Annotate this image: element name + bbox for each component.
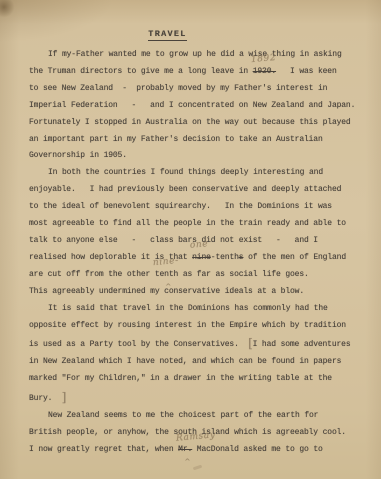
typed-line: in New Zealand which I have noted, and w… xyxy=(29,354,363,371)
pencil-annotation: nine- xyxy=(153,257,180,268)
page-title: TRAVEL xyxy=(148,29,186,41)
pencil-bracket: ] xyxy=(62,388,67,408)
typed-line: In both the countries I found things dee… xyxy=(29,165,363,182)
typed-line: Bury. ] xyxy=(29,388,363,408)
typed-line: is used as a Party tool by the Conservat… xyxy=(29,334,363,354)
typed-text: most agreeable to find all the people in… xyxy=(29,216,346,233)
struck-text: Mr.Ramsay^ xyxy=(178,442,192,459)
typed-text: as far as social life goes. xyxy=(178,267,309,284)
typed-text: Imperial Federation - and I concentrated… xyxy=(29,98,355,115)
typed-text: in New Zealand which I have noted, and w… xyxy=(29,354,341,371)
typed-line: most agreeable to find all the people in… xyxy=(29,216,363,233)
typed-line: to the ideal of benevolent squirearchy. … xyxy=(29,199,363,216)
typed-line: This agreeably undermined my conservativ… xyxy=(29,284,363,301)
pencil-annotation: one xyxy=(190,240,209,251)
paragraph: If my-Father wanted me to grow up he did… xyxy=(29,47,363,165)
struck-text: nineone xyxy=(192,250,211,267)
typescript-page: TRAVEL If my-Father wanted me to grow up… xyxy=(0,0,381,479)
typed-line: New Zealand seems to me the choicest par… xyxy=(29,408,363,425)
paragraph: New Zealand seems to me the choicest par… xyxy=(29,408,363,459)
typed-text: Governorship in 1905. xyxy=(29,148,127,165)
typed-text: This agreeably undermined my conservativ… xyxy=(29,284,304,301)
typed-text: Bury. xyxy=(29,391,62,408)
typed-text: talk to anyone else - class bars did not… xyxy=(29,233,318,250)
typed-text: Fortunately I stopped in Australia on th… xyxy=(29,115,351,132)
typed-text: tenthnine-^ xyxy=(155,267,178,284)
typed-text: are cut off from the other xyxy=(29,267,155,284)
typed-line: Fortunately I stopped in Australia on th… xyxy=(29,115,363,132)
typed-text: New Zealand seems to me the choicest par… xyxy=(48,408,318,425)
struck-text: 1920.1892 xyxy=(253,64,276,81)
typed-line: the Truman directors to give me a long l… xyxy=(29,64,363,81)
typed-text: opposite effect by rousing interest in t… xyxy=(29,318,346,335)
typed-line: I now greatly regret that, when Mr.Ramsa… xyxy=(29,442,363,459)
typed-text: I had some adventures xyxy=(253,337,351,354)
pencil-annotation: 1892 xyxy=(250,54,276,65)
document-text: If my-Father wanted me to grow up he did… xyxy=(29,47,363,459)
typed-text: to the ideal of benevolent squirearchy. … xyxy=(29,199,332,216)
typed-text: I now greatly regret that, when xyxy=(29,442,178,459)
typed-text: enjoyable. I had previously been conserv… xyxy=(29,182,341,199)
typed-line: enjoyable. I had previously been conserv… xyxy=(29,182,363,199)
typed-text: to see New Zealand - probably moved by m… xyxy=(29,81,327,98)
typed-line: an important part in my Father's decisio… xyxy=(29,132,363,149)
typed-line: Governorship in 1905. xyxy=(29,148,363,165)
typed-text: If my-Father wanted me to grow up he did… xyxy=(48,47,342,64)
typed-text: In both the countries I found things dee… xyxy=(48,165,323,182)
typed-line: Imperial Federation - and I concentrated… xyxy=(29,98,363,115)
typed-text: It is said that travel in the Dominions … xyxy=(48,301,328,318)
typed-text: of the men of England xyxy=(243,250,346,267)
typed-line: are cut off from the other tenthnine-^ a… xyxy=(29,267,363,284)
typed-text: marked "For my Children," in a drawer in… xyxy=(29,371,332,388)
typed-text: I was keen xyxy=(276,64,337,81)
typed-line: to see New Zealand - probably moved by m… xyxy=(29,81,363,98)
title-row: TRAVEL xyxy=(0,23,335,41)
typed-line: realised how deplorable it is that nineo… xyxy=(29,250,363,267)
typed-line: If my-Father wanted me to grow up he did… xyxy=(29,47,363,64)
typed-text: -tenth xyxy=(211,250,239,267)
paragraph: It is said that travel in the Dominions … xyxy=(29,301,363,408)
typed-line: marked "For my Children," in a drawer in… xyxy=(29,371,363,388)
typed-line: opposite effect by rousing interest in t… xyxy=(29,318,363,335)
pencil-caret: ^ xyxy=(184,459,190,466)
typed-text: an important part in my Father's decisio… xyxy=(29,132,323,149)
pencil-smudge xyxy=(193,465,202,471)
typed-text: MacDonald asked me to go to xyxy=(192,442,323,459)
typed-text: is used as a Party tool by the Conservat… xyxy=(29,337,248,354)
typed-text: the Truman directors to give me a long l… xyxy=(29,64,253,81)
paragraph: In both the countries I found things dee… xyxy=(29,165,363,300)
typed-line: It is said that travel in the Dominions … xyxy=(29,301,363,318)
